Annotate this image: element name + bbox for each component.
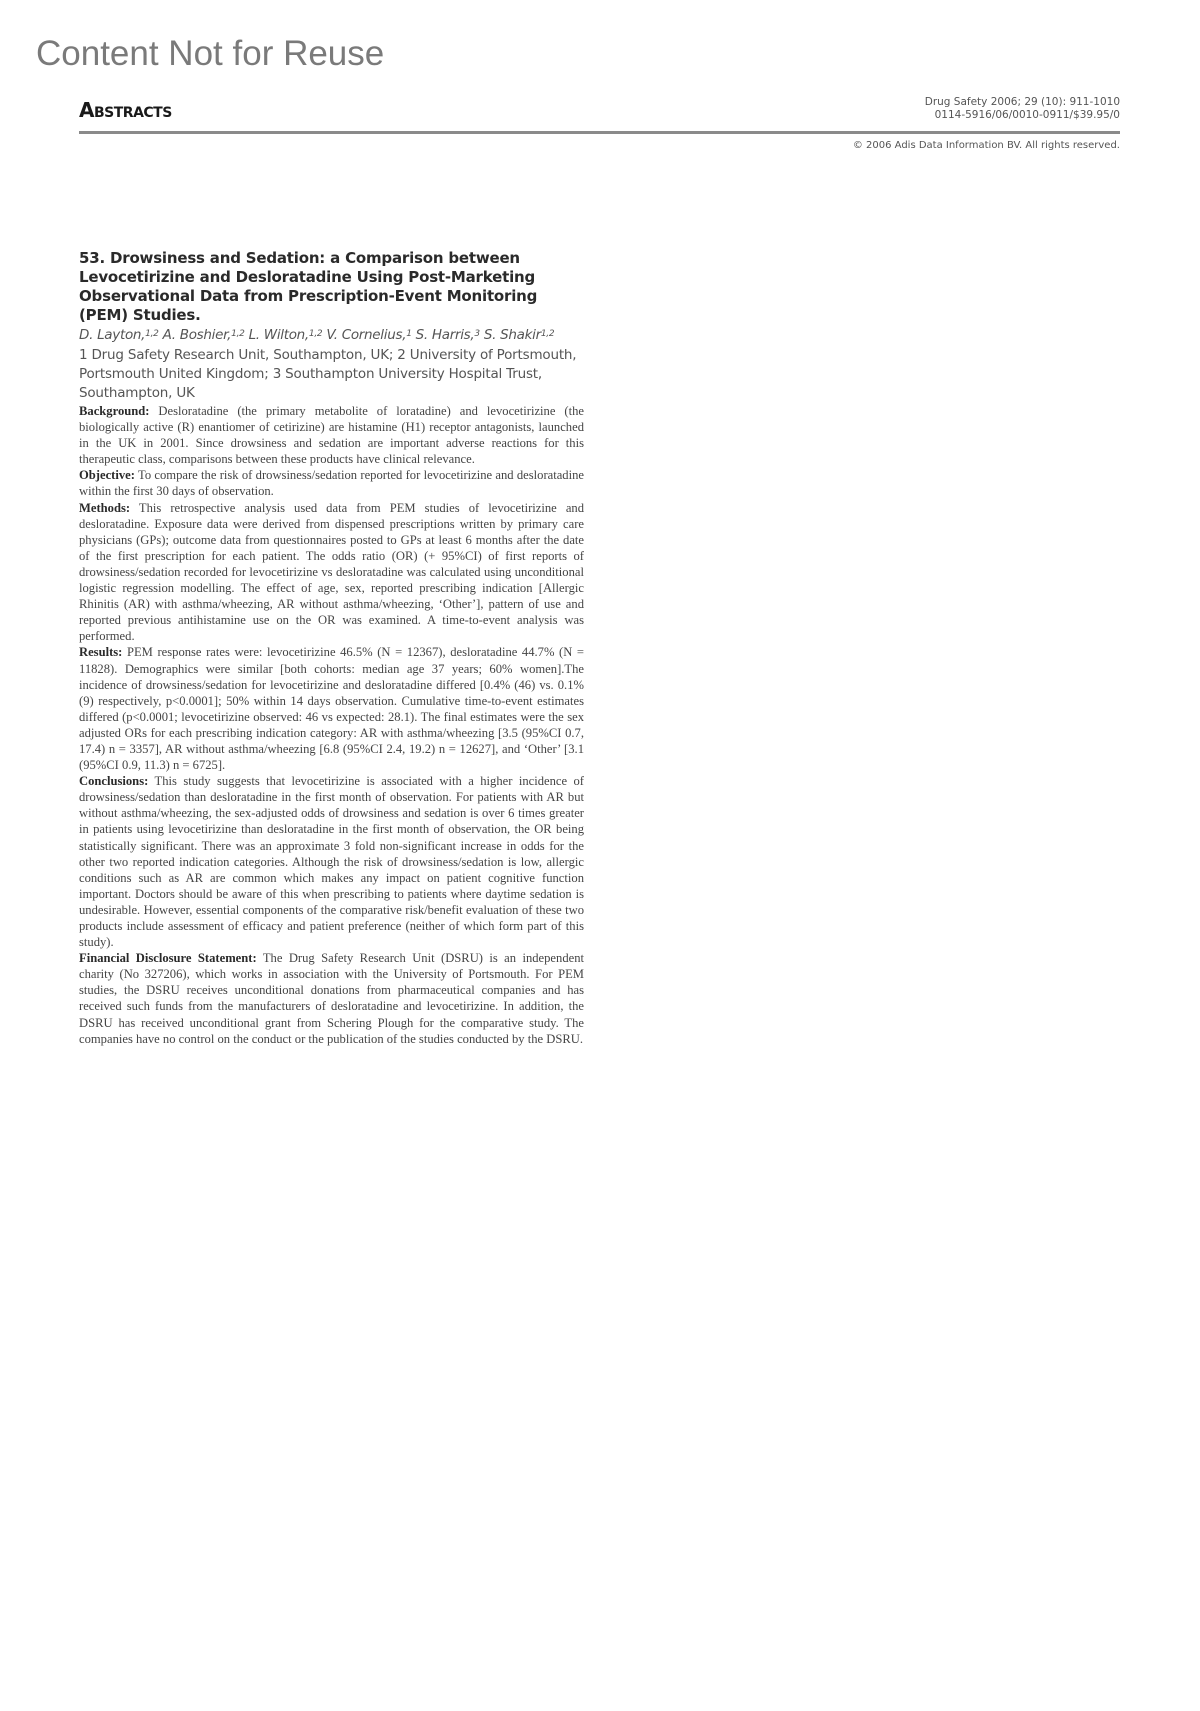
author-name: S. Harris, xyxy=(416,327,475,343)
issn-line: 0114-5916/06/0010-0911/$39.95/0 xyxy=(925,109,1120,122)
author-affiliation-mark: 1,2 xyxy=(145,329,158,339)
author: S. Harris,3 xyxy=(416,327,480,343)
conclusions-section: Conclusions: This study suggests that le… xyxy=(79,773,584,950)
author: D. Layton,1,2 xyxy=(79,327,159,343)
author-list: D. Layton,1,2 A. Boshier,1,2 L. Wilton,1… xyxy=(79,326,584,344)
author: A. Boshier,1,2 xyxy=(163,327,245,343)
journal-citation: Drug Safety 2006; 29 (10): 911-1010 xyxy=(925,96,1120,109)
section-text: To compare the risk of drowsiness/sedati… xyxy=(79,468,584,498)
section-text: Desloratadine (the primary metabolite of… xyxy=(79,404,584,466)
author-name: V. Cornelius, xyxy=(326,327,406,343)
author-affiliation-mark: 3 xyxy=(474,329,479,339)
financial-disclosure-section: Financial Disclosure Statement: The Drug… xyxy=(79,950,584,1047)
author-name: S. Shakir xyxy=(484,327,541,343)
section-text: PEM response rates were: levocetirizine … xyxy=(79,645,584,772)
author-name: L. Wilton, xyxy=(249,327,309,343)
methods-section: Methods: This retrospective analysis use… xyxy=(79,500,584,645)
abstract: 53. Drowsiness and Sedation: a Compariso… xyxy=(79,249,584,1047)
author: V. Cornelius,1 xyxy=(326,327,411,343)
author-name: A. Boshier, xyxy=(163,327,232,343)
author: S. Shakir1,2 xyxy=(484,327,554,343)
objective-section: Objective: To compare the risk of drowsi… xyxy=(79,467,584,499)
section-label: Methods: xyxy=(79,501,130,515)
abstract-title: 53. Drowsiness and Sedation: a Compariso… xyxy=(79,249,584,325)
journal-info: Drug Safety 2006; 29 (10): 911-1010 0114… xyxy=(925,96,1120,122)
section-text: The Drug Safety Research Unit (DSRU) is … xyxy=(79,951,584,1045)
author-name: D. Layton, xyxy=(79,327,145,343)
affiliations: 1 Drug Safety Research Unit, Southampton… xyxy=(79,346,584,403)
header-divider xyxy=(79,131,1120,134)
author-affiliation-mark: 1,2 xyxy=(231,329,244,339)
section-text: This retrospective analysis used data fr… xyxy=(79,501,584,644)
author-affiliation-mark: 1,2 xyxy=(541,329,554,339)
section-text: This study suggests that levocetirizine … xyxy=(79,774,584,949)
results-section: Results: PEM response rates were: levoce… xyxy=(79,644,584,773)
author: L. Wilton,1,2 xyxy=(249,327,323,343)
section-label: Conclusions: xyxy=(79,774,148,788)
section-label: Background: xyxy=(79,404,149,418)
copyright-notice: © 2006 Adis Data Information BV. All rig… xyxy=(853,140,1120,151)
author-affiliation-mark: 1,2 xyxy=(309,329,322,339)
section-label: Financial Disclosure Statement: xyxy=(79,951,257,965)
watermark: Content Not for Reuse xyxy=(36,34,384,74)
section-label: Results: xyxy=(79,645,122,659)
author-affiliation-mark: 1 xyxy=(406,329,411,339)
background-section: Background: Desloratadine (the primary m… xyxy=(79,403,584,467)
section-title: Abstracts xyxy=(79,98,172,122)
section-label: Objective: xyxy=(79,468,135,482)
